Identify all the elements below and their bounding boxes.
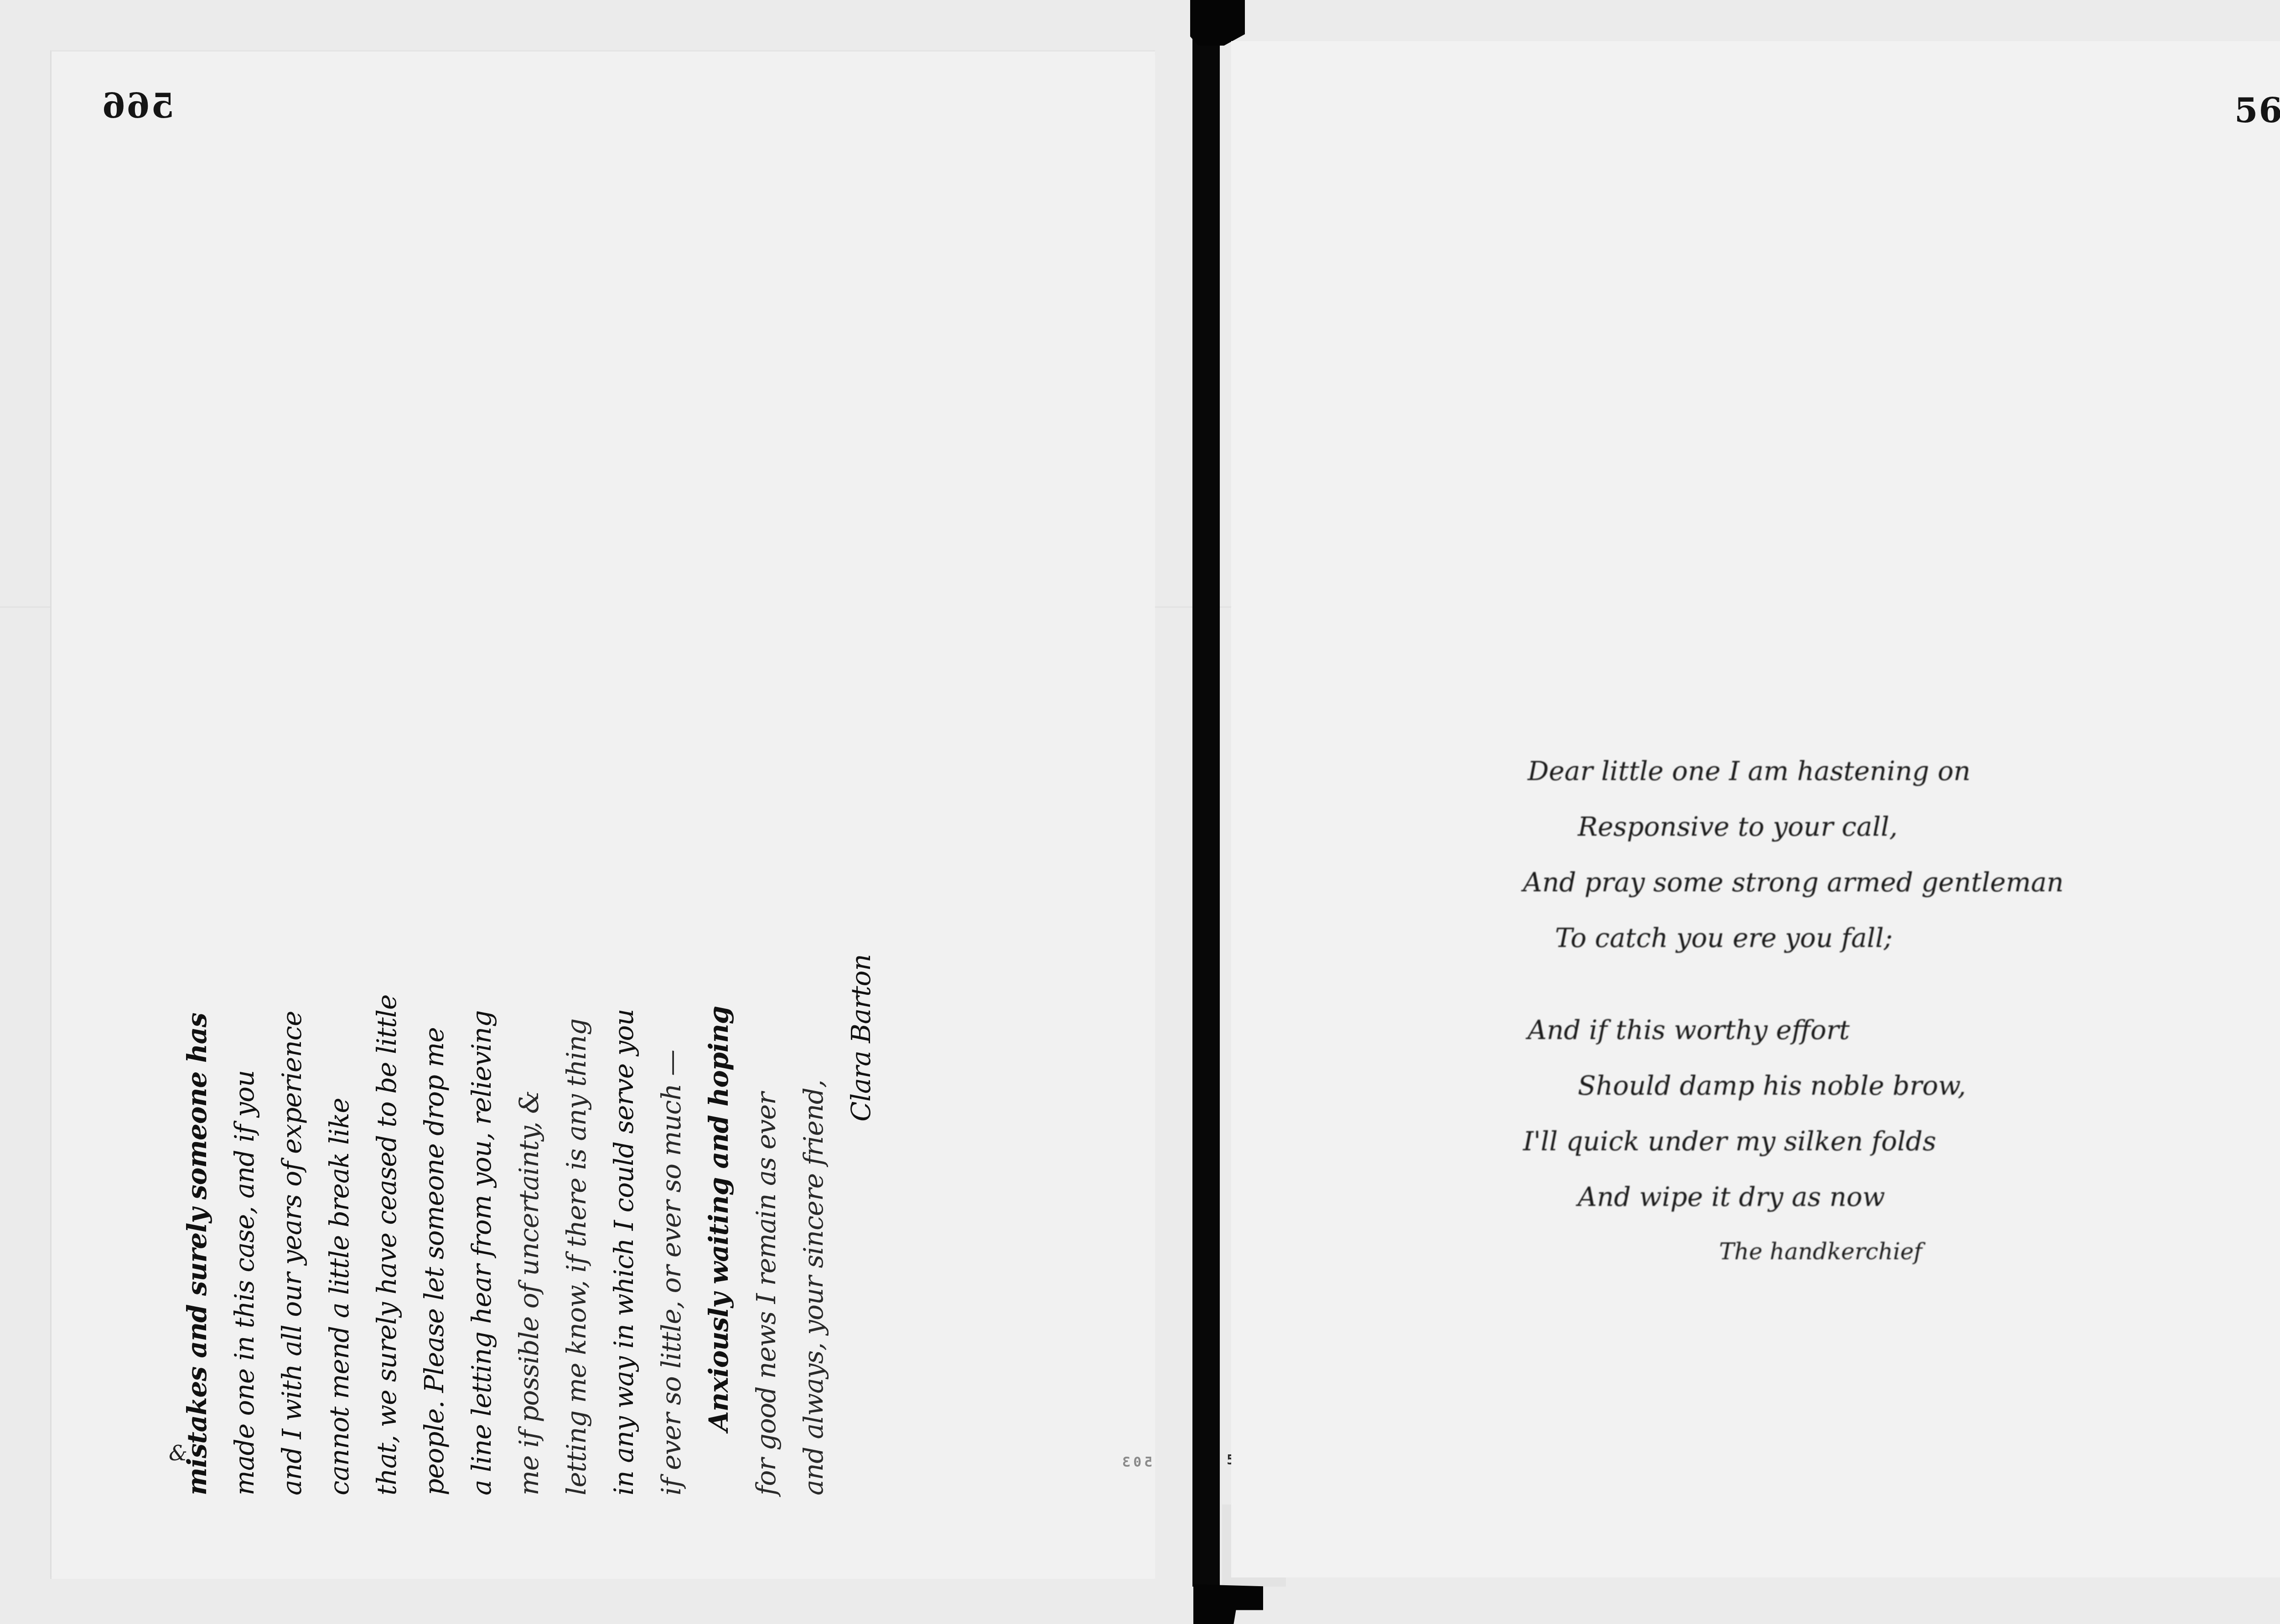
- letter-line: mistakes and surely someone has: [173, 834, 221, 1495]
- letter-closing-line: Anxiously waiting and hoping: [695, 834, 742, 1495]
- letter-line: me if possible of uncertainty, &: [505, 834, 553, 1495]
- poem-line: To catch you ere you fall;: [1523, 924, 2116, 952]
- rotated-letter-block: mistakes and surely someone has made one…: [173, 834, 948, 1495]
- letter-line: letting me know, if there is any thing: [553, 834, 600, 1495]
- letter-line: a line letting hear from you, relieving: [458, 834, 505, 1495]
- poem-line: Responsive to your call,: [1523, 812, 2116, 841]
- margin-mark: &: [169, 1441, 187, 1465]
- letter-line: and I with all our years of experience: [268, 834, 316, 1495]
- poem-line: Should damp his noble brow,: [1523, 1071, 2116, 1100]
- left-stamp-number: 503: [1119, 1454, 1152, 1470]
- poem-signature: The handkerchief: [1523, 1238, 2116, 1265]
- letter-line: made one in this case, and if you: [221, 834, 268, 1495]
- left-page-number: 566: [101, 87, 174, 126]
- letter-lines: mistakes and surely someone has made one…: [173, 834, 885, 1495]
- letter-line: cannot mend a little break like: [316, 834, 363, 1495]
- poem-line: And wipe it dry as now: [1523, 1183, 2116, 1211]
- poem: Dear little one I am hastening on Respon…: [1523, 757, 2116, 1265]
- letter-closing-line: and always, your sincere friend,: [790, 834, 837, 1495]
- poem-line: And pray some strong armed gentleman: [1523, 868, 2116, 896]
- poem-line: I'll quick under my silken folds: [1523, 1127, 2116, 1155]
- letter-line: people. Please let someone drop me: [410, 834, 458, 1495]
- letter-line: that, we surely have ceased to be little: [363, 834, 410, 1495]
- letter-closing-line: for good news I remain as ever: [742, 834, 790, 1495]
- letter-line: if ever so little, or ever so much —: [648, 834, 695, 1495]
- letter-line: in any way in which I could serve you: [600, 834, 648, 1495]
- poem-line: Dear little one I am hastening on: [1523, 757, 2116, 785]
- book-spine: [1192, 0, 1220, 1587]
- right-page-number: 567: [2234, 91, 2280, 130]
- letter-signature: Clara Barton: [837, 834, 885, 1495]
- poem-line: And if this worthy effort: [1523, 1016, 2116, 1044]
